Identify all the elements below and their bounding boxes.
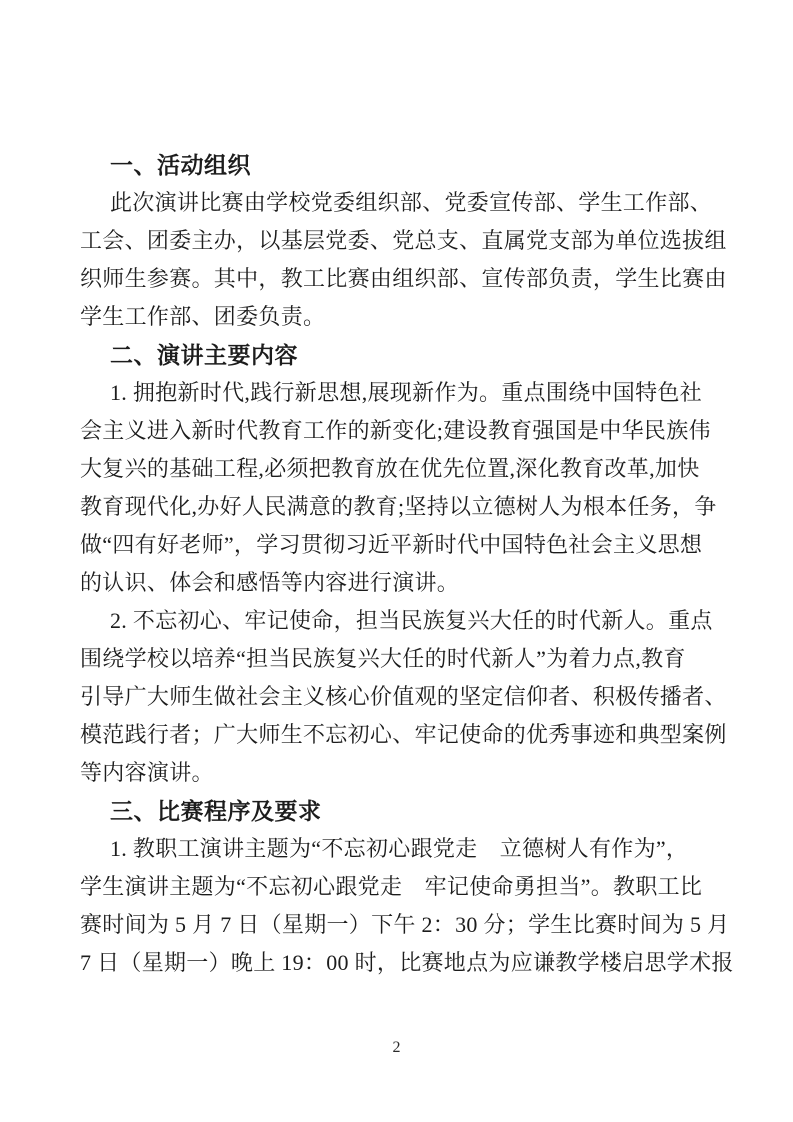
text-line: 1. 拥抱新时代,践行新思想,展现新作为。重点围绕中国特色社 — [80, 374, 712, 412]
text-line: 2. 不忘初心、牢记使命，担当民族复兴大任的时代新人。重点 — [80, 602, 712, 640]
text-line: 此次演讲比赛由学校党委组织部、党委宣传部、学生工作部、 — [80, 184, 712, 222]
text-line: 会主义进入新时代教育工作的新变化;建设教育强国是中华民族伟 — [80, 412, 712, 450]
text-line: 模范践行者；广大师生不忘初心、牢记使命的优秀事迹和典型案例 — [80, 716, 712, 754]
page-number: 2 — [0, 1036, 793, 1060]
text-line: 织师生参赛。其中，教工比赛由组织部、宣传部负责，学生比赛由 — [80, 260, 712, 298]
document-body: 一、活动组织 此次演讲比赛由学校党委组织部、党委宣传部、学生工作部、 工会、团委… — [80, 146, 712, 982]
text-line: 7 日（星期一）晚上 19：00 时，比赛地点为应谦教学楼启思学术报 — [80, 944, 712, 982]
text-line: 做“四有好老师”，学习贯彻习近平新时代中国特色社会主义思想 — [80, 526, 712, 564]
section-1-heading: 一、活动组织 — [80, 146, 712, 184]
section-2-heading: 二、演讲主要内容 — [80, 336, 712, 374]
text-line: 等内容演讲。 — [80, 754, 712, 792]
text-line: 引导广大师生做社会主义核心价值观的坚定信仰者、积极传播者、 — [80, 678, 712, 716]
text-line: 教育现代化,办好人民满意的教育;坚持以立德树人为根本任务，争 — [80, 488, 712, 526]
text-line: 大复兴的基础工程,必须把教育放在优先位置,深化教育改革,加快 — [80, 450, 712, 488]
text-line: 学生演讲主题为“不忘初心跟党走 牢记使命勇担当”。教职工比 — [80, 868, 712, 906]
text-line: 1. 教职工演讲主题为“不忘初心跟党走 立德树人有作为”， — [80, 830, 712, 868]
text-line: 工会、团委主办，以基层党委、党总支、直属党支部为单位选拔组 — [80, 222, 712, 260]
text-line: 学生工作部、团委负责。 — [80, 298, 712, 336]
text-line: 围绕学校以培养“担当民族复兴大任的时代新人”为着力点,教育 — [80, 640, 712, 678]
document-page: 一、活动组织 此次演讲比赛由学校党委组织部、党委宣传部、学生工作部、 工会、团委… — [0, 0, 793, 1122]
text-line: 的认识、体会和感悟等内容进行演讲。 — [80, 564, 712, 602]
text-line: 赛时间为 5 月 7 日（星期一）下午 2：30 分；学生比赛时间为 5 月 — [80, 906, 712, 944]
section-3-heading: 三、比赛程序及要求 — [80, 792, 712, 830]
